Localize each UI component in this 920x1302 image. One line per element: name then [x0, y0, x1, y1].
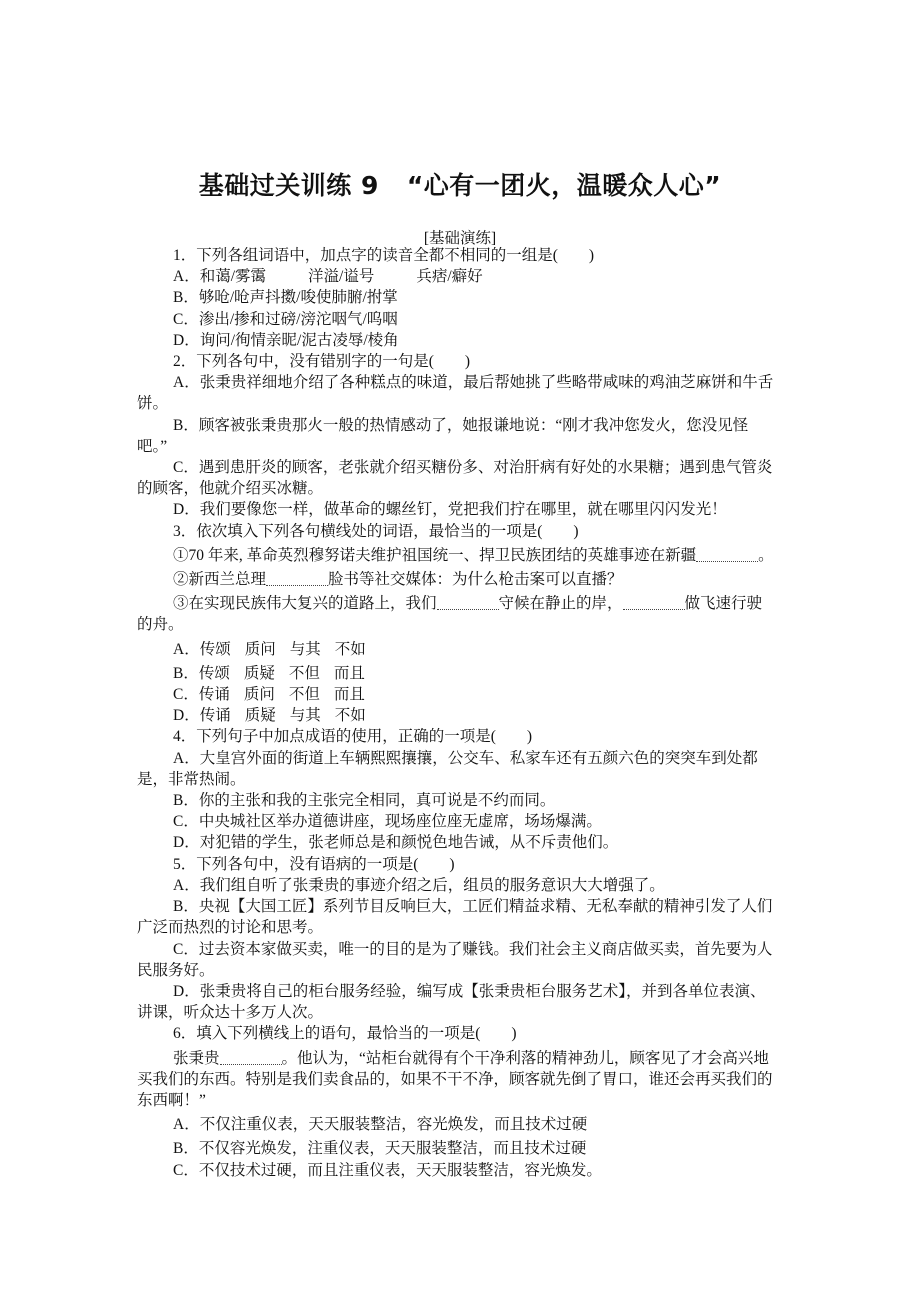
question-4-option-d: D．对犯错的学生，张老师总是和颜悦色地告诫，从不斥责他们。: [137, 832, 777, 853]
question-6-option-b: B．不仅容光焕发，注重仪表，天天服装整洁，而且技术过硬: [137, 1138, 777, 1159]
question-3-option-d: D．传诵质疑与其不如: [137, 705, 777, 726]
title-subtitle: “心有一团火，温暖众人心”: [407, 171, 721, 200]
question-4-stem: 4．下列句子中加点成语的使用，正确的一项是( ): [137, 726, 777, 747]
question-3-option-b: B．传颂质疑不但而且: [137, 663, 777, 684]
question-5-option-d: D．张秉贵将自己的柜台服务经验，编写成【张秉贵柜台服务艺术】，并到各单位表演、讲…: [137, 981, 777, 1023]
question-5-stem: 5．下列各句中，没有语病的一项是( ): [137, 854, 777, 875]
question-6-stem: 6．填入下列横线上的语句，最恰当的一项是( ): [137, 1023, 777, 1044]
question-1-stem: 1．下列各组词语中，加点字的读音全都不相同的一组是( ): [137, 245, 777, 266]
question-3-sentence-2: ②新西兰总理脸书等社交媒体：为什么枪击案可以直播？: [137, 569, 777, 590]
document-body: 1．下列各组词语中，加点字的读音全都不相同的一组是( ) A．和蔼/雾霭洋溢/谥…: [137, 245, 777, 1181]
question-6-option-a: A．不仅注重仪表，天天服装整洁，容光焕发，而且技术过硬: [137, 1114, 777, 1135]
question-1-option-b: B．够呛/呛声抖擞/唆使肺腑/拊掌: [137, 287, 777, 308]
question-5-option-c: C．过去资本家做买卖，唯一的目的是为了赚钱。我们社会主义商店做买卖，首先要为人民…: [137, 939, 777, 981]
fill-blank[interactable]: [437, 595, 499, 610]
question-3-sentence-1: ①70 年来, 革命英烈穆努诺夫维护祖国统一、捍卫民族团结的英雄事迹在新疆。: [137, 545, 777, 566]
question-2-option-d: D．我们要像您一样，做革命的螺丝钉，党把我们拧在哪里，就在哪里闪闪发光！: [137, 499, 777, 520]
question-2-option-c: C．遇到患肝炎的顾客，老张就介绍买糖份多、对治肝病有好处的水果糖；遇到患气管炎的…: [137, 457, 777, 499]
question-2-stem: 2．下列各句中，没有错别字的一句是( ): [137, 351, 777, 372]
question-5-option-b: B．央视【大国工匠】系列节目反响巨大，工匠们精益求精、无私奉献的精神引发了人们广…: [137, 896, 777, 938]
title-main: 基础过关训练 9: [199, 171, 379, 200]
question-4-option-c: C．中央城社区举办道德讲座，现场座位座无虚席，场场爆满。: [137, 811, 777, 832]
fill-blank[interactable]: [220, 1050, 282, 1065]
question-3-stem: 3．依次填入下列各句横线处的词语，最恰当的一项是( ): [137, 521, 777, 542]
question-3-sentence-3: ③在实现民族伟大复兴的道路上，我们守候在静止的岸，做飞速行驶的舟。: [137, 593, 777, 635]
question-4-option-a: A．大皇宫外面的街道上车辆熙熙攘攘，公交车、私家车还有五颜六色的突突车到处都是，…: [137, 748, 777, 790]
question-3-option-c: C．传诵质问不但而且: [137, 684, 777, 705]
question-6-passage: 张秉贵。他认为，“站柜台就得有个干净利落的精神劲儿，顾客见了才会高兴地买我们的东…: [137, 1048, 777, 1112]
question-3-option-a: A．传颂质问与其不如: [137, 639, 777, 660]
question-4-option-b: B．你的主张和我的主张完全相同，真可说是不约而同。: [137, 790, 777, 811]
question-1-option-c: C．渗出/掺和过磅/滂沱咽气/呜咽: [137, 309, 777, 330]
fill-blank[interactable]: [623, 595, 685, 610]
fill-blank[interactable]: [266, 571, 328, 586]
fill-blank[interactable]: [696, 547, 758, 562]
question-6-option-c: C．不仅技术过硬，而且注重仪表，天天服装整洁，容光焕发。: [137, 1160, 777, 1181]
question-2-option-b: B．顾客被张秉贵那火一般的热情感动了，她报谦地说：“刚才我冲您发火，您没见怪吧。…: [137, 415, 777, 457]
question-5-option-a: A．我们组自听了张秉贵的事迹介绍之后，组员的服务意识大大增强了。: [137, 875, 777, 896]
page-title: 基础过关训练 9“心有一团火，温暖众人心”: [0, 166, 920, 202]
question-1-option-d: D．询问/徇情亲昵/泥古凌辱/棱角: [137, 330, 777, 351]
question-1-option-a: A．和蔼/雾霭洋溢/谥号兵痞/癖好: [137, 266, 777, 287]
question-2-option-a: A．张秉贵祥细地介绍了各种糕点的味道，最后帮她挑了些略带咸味的鸡油芝麻饼和牛舌饼…: [137, 372, 777, 414]
